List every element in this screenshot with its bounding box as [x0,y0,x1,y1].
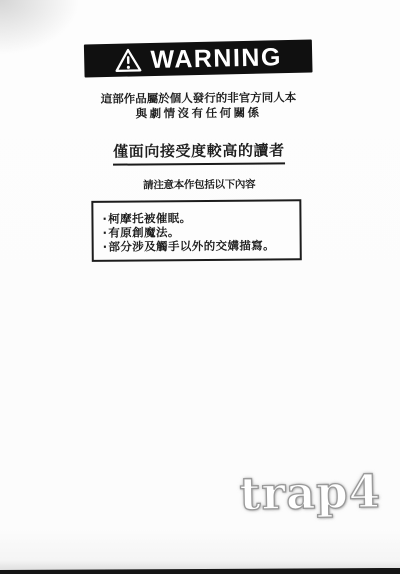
intro-line-2: 與劇情沒有任何關係 [0,104,399,122]
content-item: ·部分涉及觸手以外的交媾描寫。 [103,238,294,253]
bullet-icon: · [103,226,108,240]
audience-heading-text: 僅面向接受度較高的讀者 [113,139,285,165]
page-content: WARNING 這部作品屬於個人發行的非官方同人本 與劇情沒有任何關係 僅面向接… [0,0,400,574]
watermark: trap4 [239,469,381,517]
warning-triangle-icon [114,47,143,74]
warning-banner: WARNING [84,40,313,78]
content-item-text: 部分涉及觸手以外的交媾描寫。 [108,238,275,253]
scanned-warning-page: WARNING 這部作品屬於個人發行的非官方同人本 與劇情沒有任何關係 僅面向接… [0,0,400,574]
bullet-icon: · [102,212,107,226]
bullet-icon: · [103,240,108,254]
intro-text: 這部作品屬於個人發行的非官方同人本 與劇情沒有任何關係 [0,89,399,122]
warning-label: WARNING [150,44,282,73]
content-warning-box: ·柯摩托被催眠。 ·有原創魔法。 ·部分涉及觸手以外的交媾描寫。 [91,199,301,262]
content-note: 請注意本作包括以下內容 [0,175,399,193]
content-item: ·柯摩托被催眠。 [102,210,293,225]
bottom-scan-edge [0,568,400,574]
content-item-text: 有原創魔法。 [108,225,180,240]
content-item: ·有原創魔法。 [103,224,294,239]
content-item-text: 柯摩托被催眠。 [108,211,191,226]
audience-heading: 僅面向接受度較高的讀者 [0,138,399,166]
